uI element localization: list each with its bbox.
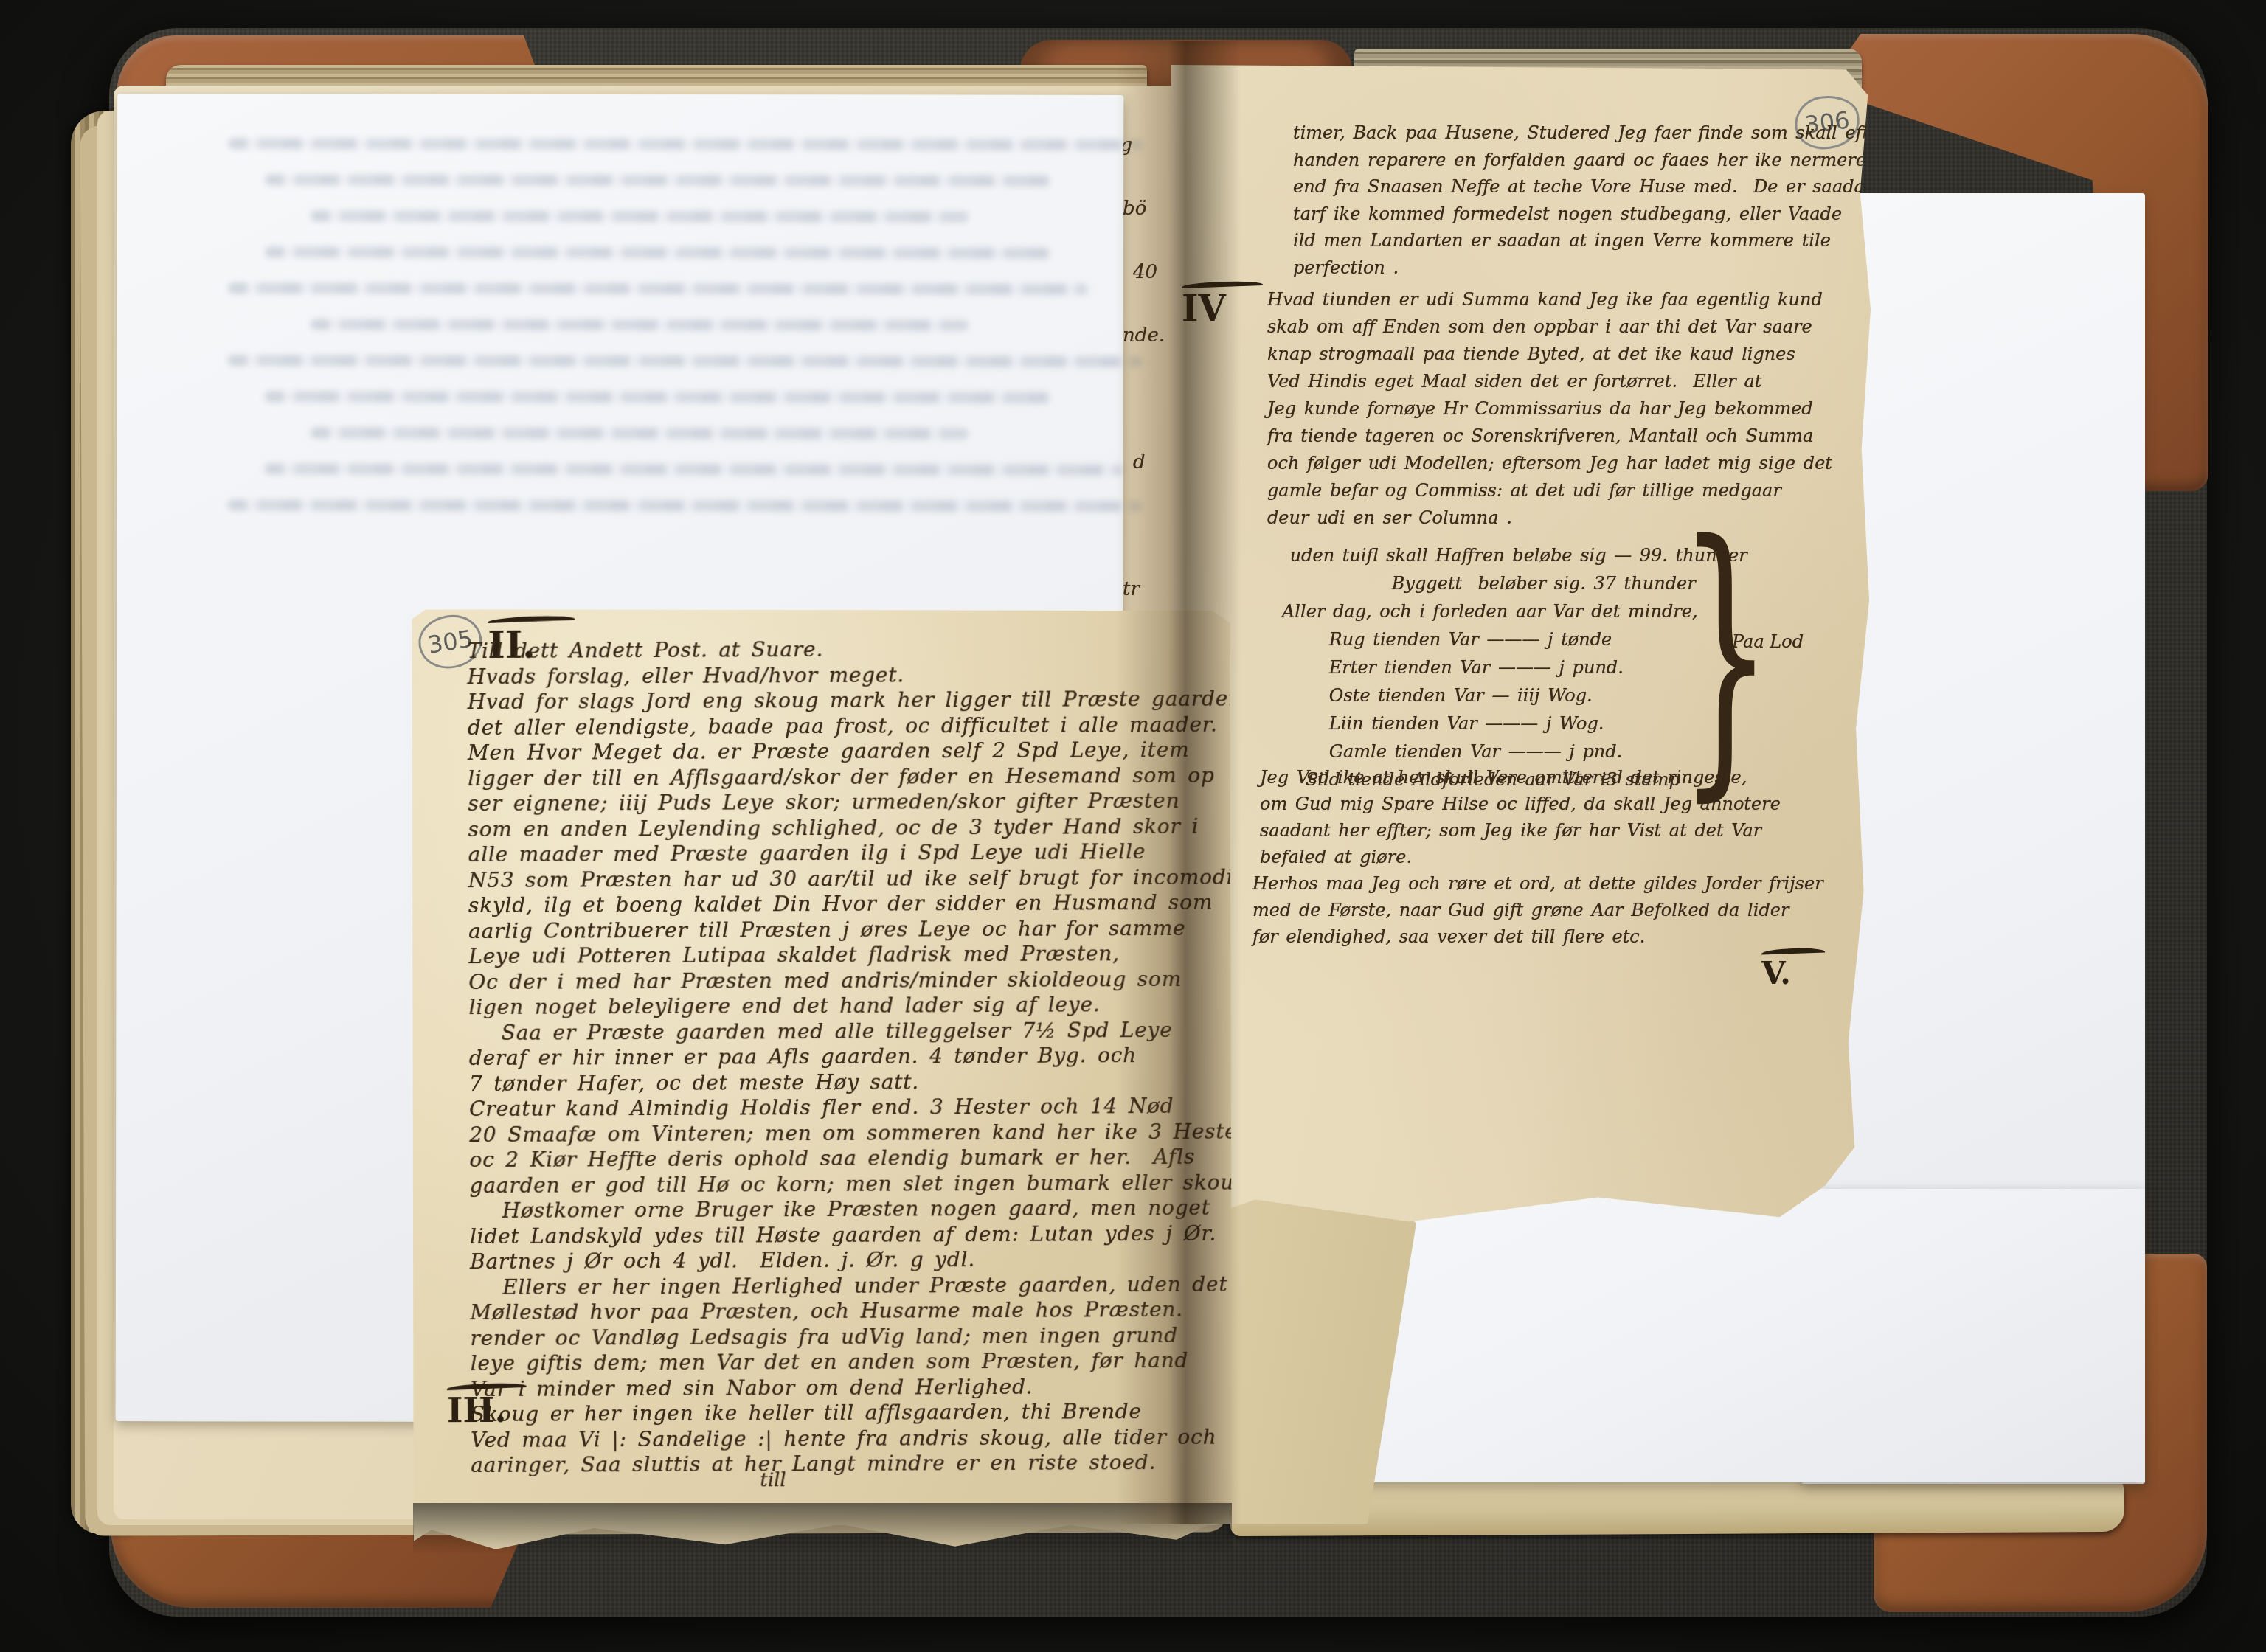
handwritten-line: alle maader med Præste gaarden ilg i Spd… (468, 839, 1215, 868)
bleedthrough-line (265, 174, 1051, 186)
handwritten-line: ligen noget beleyligere end det hand lad… (469, 992, 1216, 1021)
handwritten-line: Jeg kunde fornøye Hr Commissarius da har… (1267, 395, 1832, 423)
right-page-closing-paragraph-2: Herhos maa Jeg och røre et ord, at dette… (1252, 870, 1823, 950)
handwritten-line: Oc der i med har Præsten med andris/mind… (468, 966, 1215, 995)
handwritten-line: Hvads forslag, eller Hvad/hvor meget. (468, 661, 1214, 690)
handwritten-line: fra tiende tageren oc Sorenskrifveren, M… (1267, 423, 1832, 450)
bleedthrough-line (227, 499, 1142, 512)
bleedthrough-ghost-lines (227, 138, 1143, 512)
bleedthrough-line (228, 282, 1088, 295)
handwritten-line: Møllestød hvor paa Præsten, och Husarme … (470, 1297, 1216, 1326)
handwritten-line: Ellers er her ingen Herlighed under Præs… (470, 1271, 1216, 1300)
handwritten-line: ser eignene; iiij Puds Leye skor; urmede… (468, 788, 1214, 817)
handwritten-line: Aller dag, och i forleden aar Var det mi… (1282, 597, 1747, 625)
handwritten-line: Creatur kand Almindig Holdis fler end. 3… (469, 1094, 1216, 1122)
handwritten-line: end fra Snaasen Neffe at teche Vore Huse… (1293, 173, 1888, 201)
numeral-overline (1761, 948, 1825, 955)
handwritten-line: Byggett beløber sig. 37 thunder (1282, 569, 1747, 597)
numeral-overline (488, 614, 575, 623)
tithe-table-bracket: } (1679, 507, 1773, 802)
numeral-overline (447, 1382, 527, 1390)
right-page-intro-paragraph: timer, Back paa Husene, Studered Jeg fae… (1293, 119, 1888, 281)
section-numeral-IV: IV (1182, 282, 1263, 330)
handwritten-line: handen reparere en forfalden gaard oc fa… (1293, 147, 1888, 174)
bleedthrough-line (228, 138, 1143, 150)
handwritten-line: Ved maa Vi |: Sandelige :| hente fra and… (471, 1424, 1217, 1453)
handwritten-line: Gamle tienden Var ——— j pnd. (1282, 737, 1747, 766)
handwritten-line: Var i minder med sin Nabor om dend Herli… (471, 1373, 1217, 1402)
bleedthrough-line (265, 246, 1051, 258)
inserted-page-body: Till dett Andett Post. at Suare.Hvads fo… (467, 636, 1217, 1479)
handwritten-line: med de Første, naar Gud gift grøne Aar B… (1252, 897, 1823, 923)
bleedthrough-line (311, 210, 969, 222)
handwritten-line: som en anden Leylending schlighed, oc de… (468, 813, 1214, 842)
catchword: till (760, 1469, 786, 1491)
handwritten-line: tr (1123, 578, 1140, 600)
bleedthrough-line (264, 391, 1050, 403)
handwritten-line: timer, Back paa Husene, Studered Jeg fae… (1293, 119, 1888, 147)
handwritten-line: Leye udi Potteren Lutipaa skaldet fladri… (468, 941, 1215, 970)
handwritten-line: saadant her effter; som Jeg ike før har … (1260, 817, 1781, 844)
right-manuscript-page: 306 timer, Back paa Husene, Studered Jeg… (1171, 65, 1871, 1229)
numeral-overline (1182, 280, 1263, 288)
handwritten-line: aarlig Contribuerer till Præsten j øres … (468, 915, 1215, 944)
tithe-table: uden tuifl skall Haffren beløbe sig — 99… (1282, 541, 1747, 794)
handwritten-line: Jeg Ved ike at her skull Vere omittered … (1260, 764, 1781, 791)
handwritten-line: Høstkomer orne Bruger ike Præsten nogen … (470, 1195, 1216, 1224)
handwritten-line: knap strogmaall paa tiende Byted, at det… (1267, 341, 1832, 368)
handwritten-line: Till dett Andett Post. at Suare. (467, 636, 1213, 664)
handwritten-line: Hvad tiunden er udi Summa kand Jeg ike f… (1267, 286, 1832, 313)
handwritten-line: skyld, ilg et boeng kaldet Din Hvor der … (468, 890, 1215, 919)
handwritten-line: Men Hvor Meget da. er Præste gaarden sel… (468, 737, 1214, 766)
handwritten-line: och følger udi Modellen; eftersom Jeg ha… (1267, 450, 1832, 477)
handwritten-line: befaled at giøre. (1260, 844, 1781, 870)
handwritten-line: lidet Landskyld ydes till Høste gaarden … (470, 1221, 1216, 1249)
bleedthrough-line (228, 355, 1143, 367)
handwritten-line: uden tuifl skall Haffren beløbe sig — 99… (1282, 541, 1747, 569)
handwritten-line: før elendighed, saa vexer det till flere… (1252, 923, 1823, 950)
handwritten-line: ild men Landarten er saadan at ingen Ver… (1293, 227, 1888, 254)
handwritten-line: Saa er Præste gaarden med alle tilleggel… (469, 1017, 1216, 1046)
right-page-closing-paragraph-1: Jeg Ved ike at her skull Vere omittered … (1260, 764, 1781, 870)
handwritten-line: Skoug er her ingen ike heller till affls… (471, 1399, 1217, 1428)
handwritten-line: Oste tienden Var — iiij Wog. (1282, 681, 1747, 709)
handwritten-line: Bartnes j Ør och 4 ydl. Elden. j. Ør. g … (470, 1246, 1216, 1275)
handwritten-line: Herhos maa Jeg och røre et ord, at dette… (1252, 870, 1823, 897)
handwritten-line: Rug tienden Var ——— j tønde (1282, 625, 1747, 653)
handwritten-line: leye giftis dem; men Var det en anden so… (471, 1348, 1217, 1377)
handwritten-line: render oc Vandløg Ledsagis fra udVig lan… (470, 1322, 1216, 1351)
handwritten-line: Erter tienden Var ——— j pund. (1282, 653, 1747, 681)
handwritten-line: Hvad for slags Jord eng skoug mark her l… (468, 687, 1214, 715)
handwritten-line: 7 tønder Hafer, oc det meste Høy satt. (469, 1068, 1216, 1097)
manuscript-photo: rgbö40nde.ßdgtrad20mw 306 (0, 0, 2266, 1652)
handwritten-line: skab om aff Enden som den oppbar i aar t… (1267, 313, 1832, 341)
handwritten-line: N53 som Præsten har ud 30 aar/til ud ike… (468, 864, 1215, 893)
handwritten-line: Ved Hindis eget Maal siden det er fortør… (1267, 368, 1832, 395)
inserted-loose-page: 305 II. Till dett Andett Post. at Suare.… (409, 606, 1234, 1551)
section-numeral-III: III. (447, 1384, 527, 1430)
handwritten-line: om Gud mig Spare Hilse oc liffed, da ska… (1260, 791, 1781, 817)
shadow-under-inserted-page (413, 1503, 1232, 1555)
bleedthrough-line (310, 319, 969, 330)
handwritten-line: ligger der till en Afflsgaard/skor der f… (468, 763, 1214, 791)
handwritten-line: oc 2 Kiør Heffte deris ophold saa elendi… (469, 1145, 1216, 1173)
bleedthrough-line (310, 427, 969, 439)
handwritten-line: deraf er hir inner er paa Afls gaarden. … (469, 1043, 1216, 1072)
section-numeral-V: V. (1761, 948, 1825, 991)
handwritten-line: Liin tienden Var ——— j Wog. (1282, 709, 1747, 737)
handwritten-line: perfection . (1293, 254, 1888, 282)
handwritten-line: tarf ike kommed formedelst nogen studbeg… (1293, 201, 1888, 228)
bracket-label: Paa Lod (1732, 631, 1804, 652)
bleedthrough-line (264, 463, 1124, 476)
handwritten-line: det aller elendigste, baade paa frost, o… (468, 712, 1214, 740)
handwritten-line: gaarden er god till Hø oc korn; men slet… (470, 1170, 1216, 1198)
handwritten-line: 20 Smaafæ om Vinteren; men om sommeren k… (469, 1119, 1216, 1148)
handwritten-line: aaringer, Saa sluttis at her Langt mindr… (471, 1450, 1217, 1479)
